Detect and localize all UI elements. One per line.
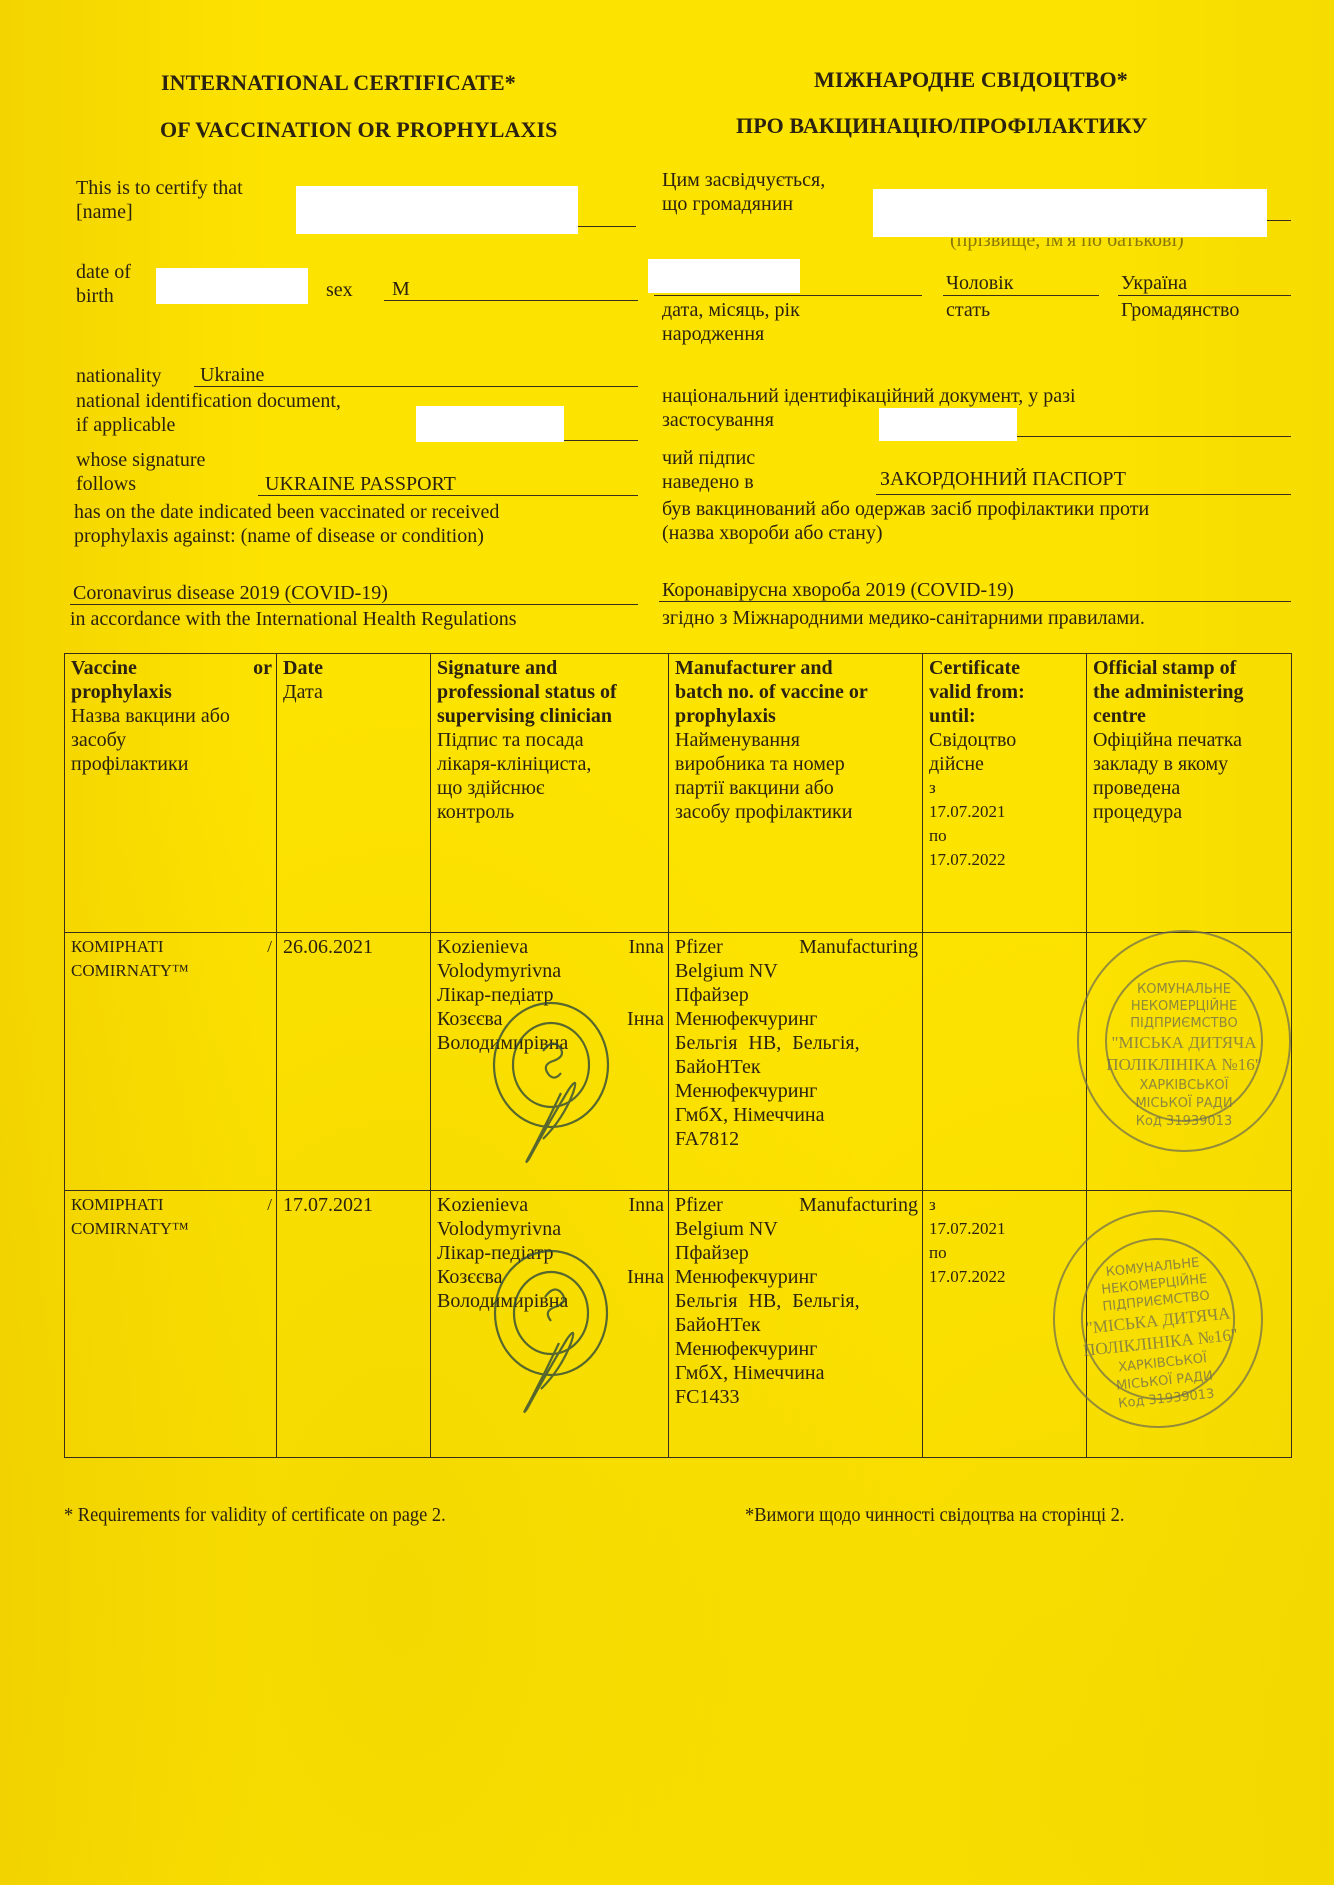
en-certify-line2: [name] bbox=[76, 200, 243, 224]
row1-manufacturer: PfizerManufacturing Belgium NV Пфайзер М… bbox=[669, 933, 923, 1191]
row1-date-value: 26.06.2021 bbox=[283, 935, 426, 959]
en-signature-label: whose signature follows bbox=[76, 448, 205, 496]
row1-clinician-surname-uk: Козєєва bbox=[437, 1007, 502, 1031]
row1-stamp: КОМУНАЛЬНЕ НЕКОМЕРЦІЙНЕ ПІДПРИЄМСТВО "МІ… bbox=[1087, 933, 1292, 1191]
en-title-line1: INTERNATIONAL CERTIFICATE* bbox=[161, 70, 516, 96]
vaccination-table: Vaccineor prophylaxis Назва вакцини або … bbox=[64, 653, 1292, 1458]
row1-manufacturer-l6: БайоНТек bbox=[675, 1055, 918, 1079]
row2-clinician-patronymic-uk: Володимирівна bbox=[437, 1289, 664, 1313]
header-vaccine-en-a: Vaccine bbox=[71, 656, 137, 680]
header-validity-en-1: Certificate bbox=[929, 656, 1082, 680]
uk-vaccinated-text: був вакцинований або одержав засіб профі… bbox=[662, 497, 1149, 545]
row1-batch-number: FA7812 bbox=[675, 1127, 918, 1151]
en-signature-underline bbox=[258, 495, 638, 496]
header-stamp-uk-3: проведена bbox=[1093, 776, 1287, 800]
header-clinician-en-3: supervising clinician bbox=[437, 704, 664, 728]
svg-text:ПІДПРИЄМСТВО: ПІДПРИЄМСТВО bbox=[1130, 1016, 1238, 1031]
row2-manufacturer-l8: ГмбХ, Німеччина bbox=[675, 1361, 918, 1385]
row1-clinician: KozienievaInna Volodymyrivna Лікар-педіа… bbox=[431, 933, 669, 1191]
row1-manufacturer-l8: ГмбХ, Німеччина bbox=[675, 1103, 918, 1127]
header-stamp: Official stamp of the administering cent… bbox=[1087, 654, 1292, 933]
row2-validity-from-label: з bbox=[929, 1193, 1082, 1217]
footnote-en: * Requirements for validity of certifica… bbox=[64, 1504, 446, 1527]
uk-sex-caption: стать bbox=[946, 298, 990, 322]
header-manufacturer-en-1: Manufacturer and bbox=[675, 656, 918, 680]
row1-validity bbox=[923, 933, 1087, 1191]
row1-manufacturer-l7: Менюфекчуринг bbox=[675, 1079, 918, 1103]
svg-text:МІСЬКОЇ РАДИ: МІСЬКОЇ РАДИ bbox=[1135, 1095, 1232, 1111]
svg-text:МІСЬКОЇ РАДИ: МІСЬКОЇ РАДИ bbox=[1115, 1368, 1213, 1394]
uk-citizenship-underline bbox=[1118, 295, 1291, 296]
row2-validity-from-date: 17.07.2021 bbox=[929, 1217, 1082, 1241]
row2-stamp: КОМУНАЛЬНЕ НЕКОМЕРЦІЙНЕ ПІДПРИЄМСТВО "МІ… bbox=[1087, 1191, 1292, 1458]
row1-manufacturer-l4: Менюфекчуринг bbox=[675, 1007, 918, 1031]
uk-signature-label-line1: чий підпис bbox=[662, 446, 755, 470]
row1-clinician-surname-en: Kozienieva bbox=[437, 935, 528, 959]
uk-name-underline bbox=[1267, 220, 1291, 221]
row2-clinician-given-uk: Інна bbox=[627, 1265, 664, 1289]
svg-text:"МІСЬКА ДИТЯЧА: "МІСЬКА ДИТЯЧА bbox=[1112, 1033, 1258, 1052]
row1-manufacturer-l3: Пфайзер bbox=[675, 983, 918, 1007]
uk-regulations: згідно з Міжнародними медико-санітарними… bbox=[662, 606, 1145, 630]
en-id-doc-redaction bbox=[416, 406, 564, 442]
uk-signature-value: ЗАКОРДОННИЙ ПАСПОРТ bbox=[880, 467, 1126, 491]
en-signature-label-line2: follows bbox=[76, 472, 205, 496]
row1-vaccine-uk: КОМІРНАТІ bbox=[71, 935, 164, 959]
en-dob-label-line1: date of bbox=[76, 260, 131, 284]
svg-text:ХАРКІВСЬКОЇ: ХАРКІВСЬКОЇ bbox=[1140, 1077, 1229, 1093]
header-manufacturer-uk-4: засобу профілактики bbox=[675, 800, 918, 824]
en-id-doc-label: national identification document, if app… bbox=[76, 389, 341, 437]
row1-vaccine-en: COMIRNATY™ bbox=[71, 959, 272, 983]
row1-clinician-given-en: Inna bbox=[628, 935, 664, 959]
row2-manufacturer-l5: Бельгія НВ, Бельгія, bbox=[675, 1289, 918, 1313]
header-manufacturer-en-2: batch no. of vaccine or bbox=[675, 680, 918, 704]
header-vaccine-en-c: prophylaxis bbox=[71, 680, 272, 704]
row2-manufacturer-l1b: Manufacturing bbox=[799, 1193, 918, 1217]
row2-clinician-position: Лікар-педіатр bbox=[437, 1241, 664, 1265]
row2-manufacturer-l6: БайоНТек bbox=[675, 1313, 918, 1337]
header-clinician-uk-1: Підпис та посада bbox=[437, 728, 664, 752]
en-sex-value: M bbox=[392, 277, 410, 301]
row2-validity: з 17.07.2021 по 17.07.2022 bbox=[923, 1191, 1087, 1458]
table-row: КОМІРНАТІ/ COMIRNATY™ 17.07.2021 Kozieni… bbox=[65, 1191, 1292, 1458]
header-validity: Certificate valid from: until: Свідоцтво… bbox=[923, 654, 1087, 933]
en-sex-underline bbox=[384, 300, 638, 301]
header-vaccine-uk-1: Назва вакцини або bbox=[71, 704, 272, 728]
uk-dob-underline bbox=[654, 295, 922, 296]
row2-manufacturer-l1a: Pfizer bbox=[675, 1193, 723, 1217]
header-stamp-en-2: the administering bbox=[1093, 680, 1287, 704]
header-validity-uk-1: Свідоцтво bbox=[929, 728, 1082, 752]
row1-manufacturer-l1a: Pfizer bbox=[675, 935, 723, 959]
en-sex-label: sex bbox=[326, 278, 353, 302]
header-vaccine-en-b: or bbox=[253, 656, 272, 680]
uk-name-redaction bbox=[873, 189, 1267, 237]
row1-manufacturer-l2: Belgium NV bbox=[675, 959, 918, 983]
header-stamp-uk-2: закладу в якому bbox=[1093, 752, 1287, 776]
row1-date: 26.06.2021 bbox=[277, 933, 431, 1191]
en-id-doc-label-line2: if applicable bbox=[76, 413, 341, 437]
row2-clinician-patronymic-en: Volodymyrivna bbox=[437, 1217, 664, 1241]
svg-text:КОМУНАЛЬНЕ: КОМУНАЛЬНЕ bbox=[1105, 1255, 1200, 1280]
row2-batch-number: FC1433 bbox=[675, 1385, 918, 1409]
uk-certify-line1: Цим засвідчується, bbox=[662, 168, 825, 192]
clinic-stamp-icon: КОМУНАЛЬНЕ НЕКОМЕРЦІЙНЕ ПІДПРИЄМСТВО "МІ… bbox=[1071, 927, 1297, 1159]
svg-text:ПІДПРИЄМСТВО: ПІДПРИЄМСТВО bbox=[1102, 1289, 1211, 1315]
row2-manufacturer-l2: Belgium NV bbox=[675, 1217, 918, 1241]
header-stamp-uk-4: процедура bbox=[1093, 800, 1287, 824]
uk-signature-label: чий підпис наведено в bbox=[662, 446, 755, 494]
header-stamp-uk-1: Офіційна печатка bbox=[1093, 728, 1287, 752]
en-vaccinated-line1: has on the date indicated been vaccinate… bbox=[74, 500, 499, 524]
header-validity-en-3: until: bbox=[929, 704, 1082, 728]
header-validity-from-date: 17.07.2021 bbox=[929, 800, 1082, 824]
uk-certify-label: Цим засвідчується, що громадянин bbox=[662, 168, 825, 216]
en-nationality-label: nationality bbox=[76, 364, 162, 388]
row2-vaccine-sep: / bbox=[267, 1193, 272, 1217]
row2-validity-until-label: по bbox=[929, 1241, 1082, 1265]
en-id-doc-label-line1: national identification document, bbox=[76, 389, 341, 413]
row2-vaccine: КОМІРНАТІ/ COMIRNATY™ bbox=[65, 1191, 277, 1458]
header-manufacturer-uk-1: Найменування bbox=[675, 728, 918, 752]
header-clinician-uk-3: що здійснює bbox=[437, 776, 664, 800]
row1-clinician-position: Лікар-педіатр bbox=[437, 983, 664, 1007]
uk-dob-caption-line1: дата, місяць, рік bbox=[662, 298, 800, 322]
footnote-uk: *Вимоги щодо чинності свідоцтва на сторі… bbox=[745, 1504, 1124, 1527]
header-validity-until-date: 17.07.2022 bbox=[929, 848, 1082, 872]
svg-text:НЕКОМЕРЦІЙНЕ: НЕКОМЕРЦІЙНЕ bbox=[1101, 1271, 1208, 1298]
header-clinician-en-1: Signature and bbox=[437, 656, 664, 680]
en-disease-underline bbox=[70, 604, 638, 605]
header-validity-en-2: valid from: bbox=[929, 680, 1082, 704]
header-vaccine: Vaccineor prophylaxis Назва вакцини або … bbox=[65, 654, 277, 933]
en-title-line2: OF VACCINATION OR PROPHYLAXIS bbox=[160, 117, 558, 143]
svg-text:ПОЛІКЛІНІКА №16": ПОЛІКЛІНІКА №16" bbox=[1082, 1325, 1239, 1360]
header-manufacturer: Manufacturer and batch no. of vaccine or… bbox=[669, 654, 923, 933]
uk-id-doc-underline bbox=[1017, 436, 1291, 437]
table-header-row: Vaccineor prophylaxis Назва вакцини або … bbox=[65, 654, 1292, 933]
row2-validity-until-date: 17.07.2022 bbox=[929, 1265, 1082, 1289]
header-clinician-en-2: professional status of bbox=[437, 680, 664, 704]
en-dob-label: date of birth bbox=[76, 260, 131, 308]
row2-clinician-surname-en: Kozienieva bbox=[437, 1193, 528, 1217]
header-date-en: Date bbox=[283, 656, 426, 680]
uk-id-doc-redaction bbox=[879, 408, 1017, 441]
row2-vaccine-uk: КОМІРНАТІ bbox=[71, 1193, 164, 1217]
row2-manufacturer-l7: Менюфекчуринг bbox=[675, 1337, 918, 1361]
uk-sex-value: Чоловік bbox=[946, 271, 1013, 295]
header-clinician-uk-2: лікаря-клініциста, bbox=[437, 752, 664, 776]
en-dob-label-line2: birth bbox=[76, 284, 131, 308]
svg-text:НЕКОМЕРЦІЙНЕ: НЕКОМЕРЦІЙНЕ bbox=[1131, 998, 1237, 1014]
row2-date: 17.07.2021 bbox=[277, 1191, 431, 1458]
header-manufacturer-uk-3: партії вакцини або bbox=[675, 776, 918, 800]
uk-vaccinated-line1: був вакцинований або одержав засіб профі… bbox=[662, 497, 1149, 521]
row2-manufacturer-l3: Пфайзер bbox=[675, 1241, 918, 1265]
uk-signature-label-line2: наведено в bbox=[662, 470, 755, 494]
en-disease-value: Coronavirus disease 2019 (COVID-19) bbox=[73, 581, 388, 605]
uk-dob-redaction bbox=[648, 259, 800, 293]
header-date-uk: Дата bbox=[283, 680, 426, 704]
uk-dob-caption-line2: народження bbox=[662, 322, 800, 346]
row2-date-value: 17.07.2021 bbox=[283, 1193, 426, 1217]
row2-clinician-surname-uk: Козєєва bbox=[437, 1265, 502, 1289]
header-validity-uk-2: дійсне bbox=[929, 752, 1082, 776]
header-manufacturer-uk-2: виробника та номер bbox=[675, 752, 918, 776]
uk-title-line2: ПРО ВАКЦИНАЦІЮ/ПРОФІЛАКТИКУ bbox=[736, 113, 1148, 139]
svg-text:ХАРКІВСЬКОЇ: ХАРКІВСЬКОЇ bbox=[1118, 1350, 1208, 1375]
header-clinician-uk-4: контроль bbox=[437, 800, 664, 824]
header-stamp-en-1: Official stamp of bbox=[1093, 656, 1287, 680]
svg-text:"МІСЬКА ДИТЯЧА: "МІСЬКА ДИТЯЧА bbox=[1085, 1303, 1232, 1337]
header-stamp-en-3: centre bbox=[1093, 704, 1287, 728]
row2-clinician-given-en: Inna bbox=[628, 1193, 664, 1217]
header-vaccine-uk-2: засобу bbox=[71, 728, 272, 752]
header-vaccine-uk-3: профілактики bbox=[71, 752, 272, 776]
uk-disease-underline bbox=[659, 601, 1291, 602]
uk-certify-line2: що громадянин bbox=[662, 192, 825, 216]
uk-disease-value: Коронавірусна хвороба 2019 (COVID-19) bbox=[662, 578, 1014, 602]
uk-vaccinated-line2: (назва хвороби або стану) bbox=[662, 521, 1149, 545]
en-dob-redaction bbox=[156, 268, 308, 304]
en-vaccinated-text: has on the date indicated been vaccinate… bbox=[74, 500, 499, 548]
en-name-underline bbox=[578, 226, 636, 227]
uk-title-line1: МІЖНАРОДНЕ СВІДОЦТВО* bbox=[814, 67, 1128, 93]
header-clinician: Signature and professional status of sup… bbox=[431, 654, 669, 933]
row1-vaccine: КОМІРНАТІ/ COMIRNATY™ bbox=[65, 933, 277, 1191]
svg-text:Код 31939013: Код 31939013 bbox=[1118, 1387, 1216, 1412]
row1-vaccine-sep: / bbox=[267, 935, 272, 959]
en-id-doc-underline bbox=[564, 440, 638, 441]
en-certify-label: This is to certify that [name] bbox=[76, 176, 243, 224]
header-validity-uk-3: з bbox=[929, 776, 1082, 800]
en-vaccinated-line2: prophylaxis against: (name of disease or… bbox=[74, 524, 499, 548]
row1-clinician-patronymic-en: Volodymyrivna bbox=[437, 959, 664, 983]
row2-manufacturer-l4: Менюфекчуринг bbox=[675, 1265, 918, 1289]
svg-text:Код 31939013: Код 31939013 bbox=[1136, 1114, 1232, 1129]
certificate-page: INTERNATIONAL CERTIFICATE* OF VACCINATIO… bbox=[0, 0, 1334, 1885]
row1-clinician-given-uk: Інна bbox=[627, 1007, 664, 1031]
en-signature-value: UKRAINE PASSPORT bbox=[265, 472, 456, 496]
svg-text:КОМУНАЛЬНЕ: КОМУНАЛЬНЕ bbox=[1137, 982, 1231, 997]
uk-id-doc-label-line1: національний ідентифікаційний документ, … bbox=[662, 384, 1076, 408]
uk-citizenship-value: Україна bbox=[1121, 271, 1187, 295]
row2-vaccine-en: COMIRNATY™ bbox=[71, 1217, 272, 1241]
en-nationality-value: Ukraine bbox=[200, 363, 264, 387]
en-name-redaction bbox=[296, 186, 578, 234]
uk-citizenship-caption: Громадянство bbox=[1121, 298, 1239, 322]
en-certify-line1: This is to certify that bbox=[76, 176, 243, 200]
row1-clinician-patronymic-uk: Володимирівна bbox=[437, 1031, 664, 1055]
uk-dob-caption: дата, місяць, рік народження bbox=[662, 298, 800, 346]
en-signature-label-line1: whose signature bbox=[76, 448, 205, 472]
header-validity-uk-5: по bbox=[929, 824, 1082, 848]
row1-manufacturer-l5: Бельгія НВ, Бельгія, bbox=[675, 1031, 918, 1055]
en-regulations: in accordance with the International Hea… bbox=[70, 607, 517, 631]
uk-signature-underline bbox=[876, 494, 1291, 495]
header-manufacturer-en-3: prophylaxis bbox=[675, 704, 918, 728]
en-nationality-underline bbox=[194, 386, 638, 387]
row2-manufacturer: PfizerManufacturing Belgium NV Пфайзер М… bbox=[669, 1191, 923, 1458]
row2-clinician: KozienievaInna Volodymyrivna Лікар-педіа… bbox=[431, 1191, 669, 1458]
uk-sex-underline bbox=[943, 295, 1099, 296]
svg-text:ПОЛІКЛІНІКА №16": ПОЛІКЛІНІКА №16" bbox=[1106, 1055, 1261, 1074]
header-date: Date Дата bbox=[277, 654, 431, 933]
table-row: КОМІРНАТІ/ COMIRNATY™ 26.06.2021 Kozieni… bbox=[65, 933, 1292, 1191]
row1-manufacturer-l1b: Manufacturing bbox=[799, 935, 918, 959]
